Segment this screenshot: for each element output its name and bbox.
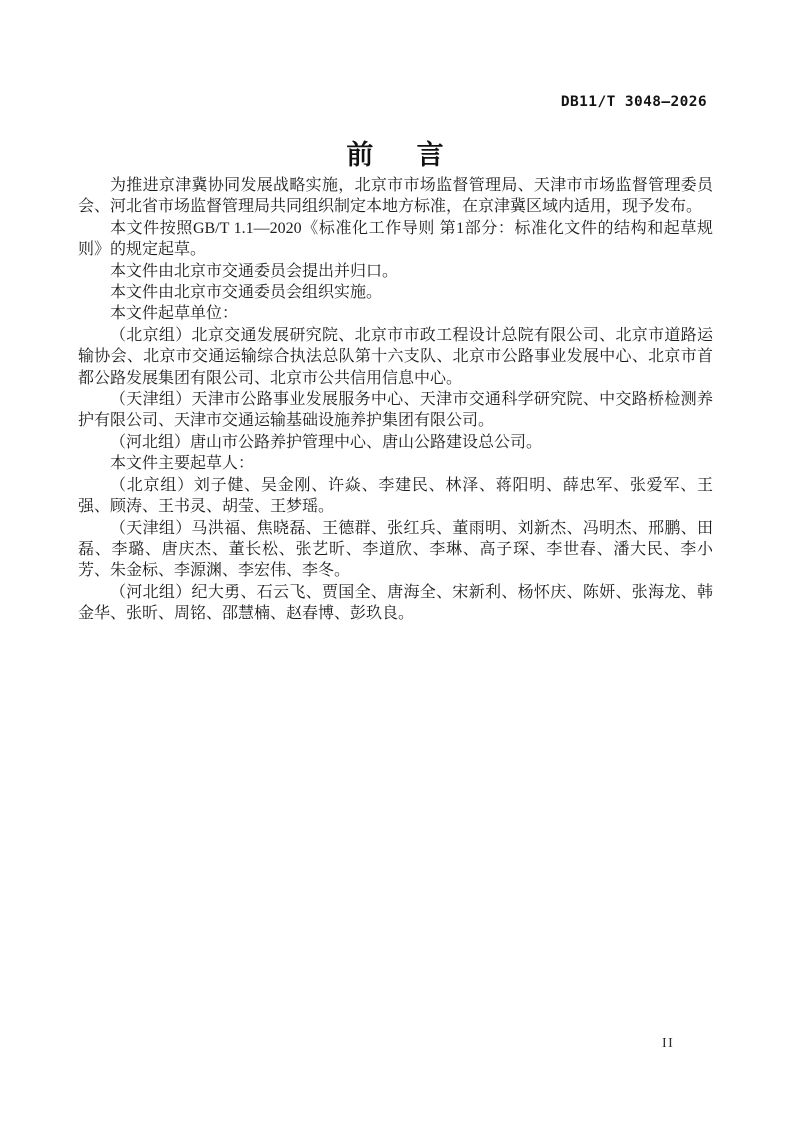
foreword-paragraph: 本文件按照GB/T 1.1—2020《标准化工作导则 第1部分：标准化文件的结构… (78, 218, 713, 261)
foreword-paragraph: （天津组）天津市公路事业发展服务中心、天津市交通科学研究院、中交路桥检测养护有限… (78, 389, 713, 432)
foreword-paragraph: 本文件主要起草人： (78, 453, 713, 474)
foreword-paragraph: 本文件由北京市交通委员会组织实施。 (78, 282, 713, 303)
foreword-paragraph: （北京组）刘子健、吴金刚、许焱、李建民、林泽、蒋阳明、薛忠军、张爱军、王强、顾涛… (78, 475, 713, 518)
foreword-paragraph: （河北组）纪大勇、石云飞、贾国全、唐海全、宋新利、杨怀庆、陈妍、张海龙、韩金华、… (78, 582, 713, 625)
foreword-paragraph: 本文件由北京市交通委员会提出并归口。 (78, 261, 713, 282)
foreword-body: 为推进京津冀协同发展战略实施，北京市市场监督管理局、天津市市场监督管理委员会、河… (78, 175, 713, 625)
foreword-paragraph: （天津组）马洪福、焦晓磊、王德群、张红兵、董雨明、刘新杰、冯明杰、邢鹏、田磊、李… (78, 518, 713, 582)
foreword-paragraph: 本文件起草单位： (78, 303, 713, 324)
foreword-paragraph: 为推进京津冀协同发展战略实施，北京市市场监督管理局、天津市市场监督管理委员会、河… (78, 175, 713, 218)
foreword-paragraph: （河北组）唐山市公路养护管理中心、唐山公路建设总公司。 (78, 432, 713, 453)
standard-number-header: DB11/T 3048—2026 (561, 94, 707, 110)
foreword-paragraph: （北京组）北京交通发展研究院、北京市市政工程设计总院有限公司、北京市道路运输协会… (78, 325, 713, 389)
page-number: II (662, 1036, 674, 1052)
document-page: DB11/T 3048—2026 前 言 为推进京津冀协同发展战略实施，北京市市… (0, 0, 800, 1132)
page-title: 前 言 (0, 133, 790, 172)
